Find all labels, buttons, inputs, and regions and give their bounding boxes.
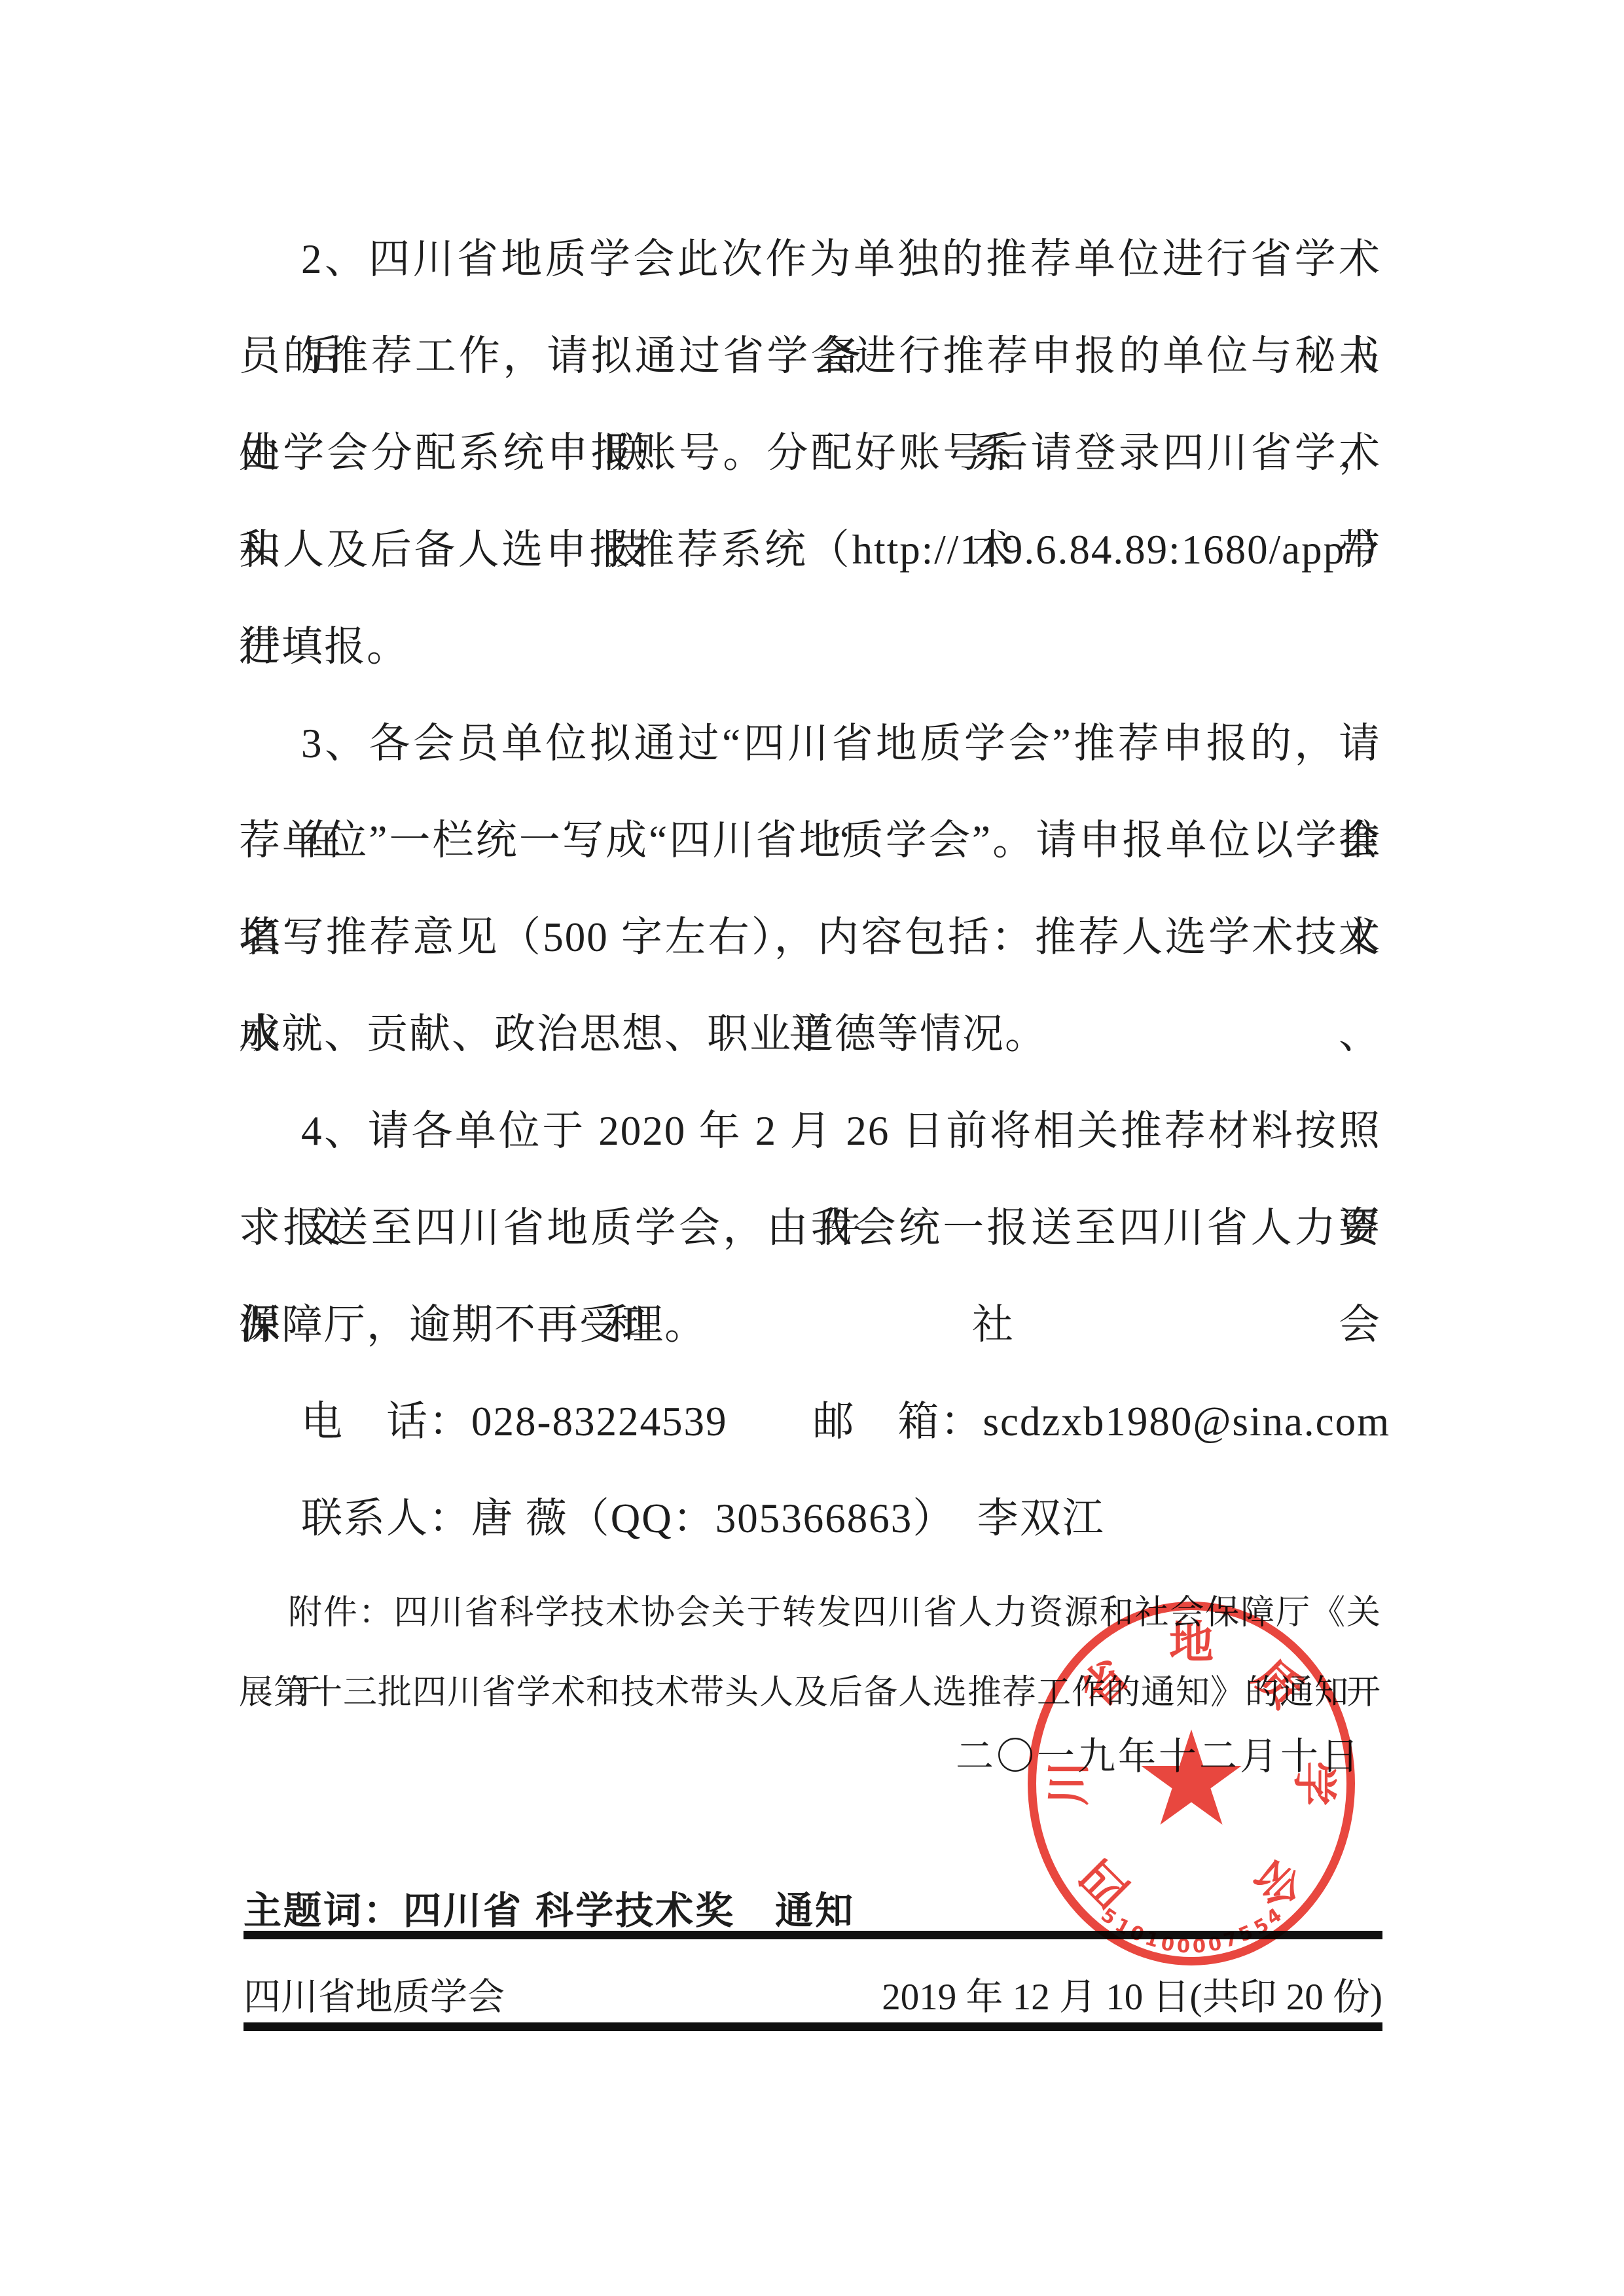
scanned-notice-page: 2、四川省地质学会此次作为单独的推荐单位进行省学术后备人 员的推荐工作，请拟通过… xyxy=(0,0,1624,2296)
body-line: 荐单位”一栏统一写成“四川省地质学会”。请申报单位以学会名义 xyxy=(239,792,1381,889)
seal-char: 四 xyxy=(1072,1850,1138,1916)
body-line: 填写推荐意见（500 字左右），内容包括：推荐人选学术技术水平、 xyxy=(239,889,1381,986)
body-line: 行填报。 xyxy=(239,598,1381,695)
seal-number-digit: 4 xyxy=(1260,1901,1288,1932)
body-line: 员的推荐工作，请拟通过省学会进行推荐申报的单位与秘书处联系， xyxy=(239,308,1381,404)
signoff-date: 二〇一九年十二月十日 xyxy=(956,1725,1362,1780)
attachment-line: 附件：四川省科学技术协会关于转发四川省人力资源和社会保障厅《关于开 xyxy=(239,1573,1381,1653)
seal-number-digit: 7 xyxy=(1219,1924,1242,1954)
body-line: 3、各会员单位拟通过“四川省地质学会”推荐申报的，请在“推 xyxy=(239,695,1381,792)
footer-divider-top xyxy=(244,1931,1382,1939)
seal-char: 会 xyxy=(1244,1850,1311,1916)
contact-phone-email-line: 电 话：028-83224539 邮 箱：scdzxb1980@sina.com xyxy=(239,1373,1381,1470)
imprint-row: 四川省地质学会 2019 年 12 月 10 日(共印 20 份) xyxy=(244,1967,1382,2020)
footer-divider-bottom xyxy=(244,2022,1382,2031)
body-line: 4、请各单位于 2020 年 2 月 26 日前将相关推荐材料按照文件要 xyxy=(239,1083,1381,1179)
attachment-line: 展第十三批四川省学术和技术带头人及后备人选推荐工作的通知》的通知 xyxy=(239,1653,1381,1733)
notice-body: 2、四川省地质学会此次作为单独的推荐单位进行省学术后备人 员的推荐工作，请拟通过… xyxy=(239,211,1381,1567)
seal-number-digit: 1 xyxy=(1141,1924,1163,1954)
print-date-copies: 2019 年 12 月 10 日(共印 20 份) xyxy=(882,1967,1382,2020)
body-line: 由学会分配系统申报账号。分配好账号后请登录四川省学术和技术带 xyxy=(239,404,1381,501)
body-line: 求报送至四川省地质学会，由我会统一报送至四川省人力资源和社会 xyxy=(239,1179,1381,1276)
seal-number-digit: 5 xyxy=(1095,1901,1123,1932)
body-line: 2、四川省地质学会此次作为单独的推荐单位进行省学术后备人 xyxy=(239,211,1381,308)
issuer-name: 四川省地质学会 xyxy=(244,1967,505,2020)
body-line: 头人及后备人选申报推荐系统（http://119.6.84.89:1680/ap… xyxy=(239,501,1381,598)
subject-keywords-line: 主题词：四川省 科学技术奖 通知 xyxy=(244,1880,855,1935)
attachment-note: 附件：四川省科学技术协会关于转发四川省人力资源和社会保障厅《关于开 展第十三批四… xyxy=(239,1573,1381,1733)
contact-person-line: 联系人：唐 薇（QQ：305366863） 李双江 xyxy=(239,1470,1381,1567)
